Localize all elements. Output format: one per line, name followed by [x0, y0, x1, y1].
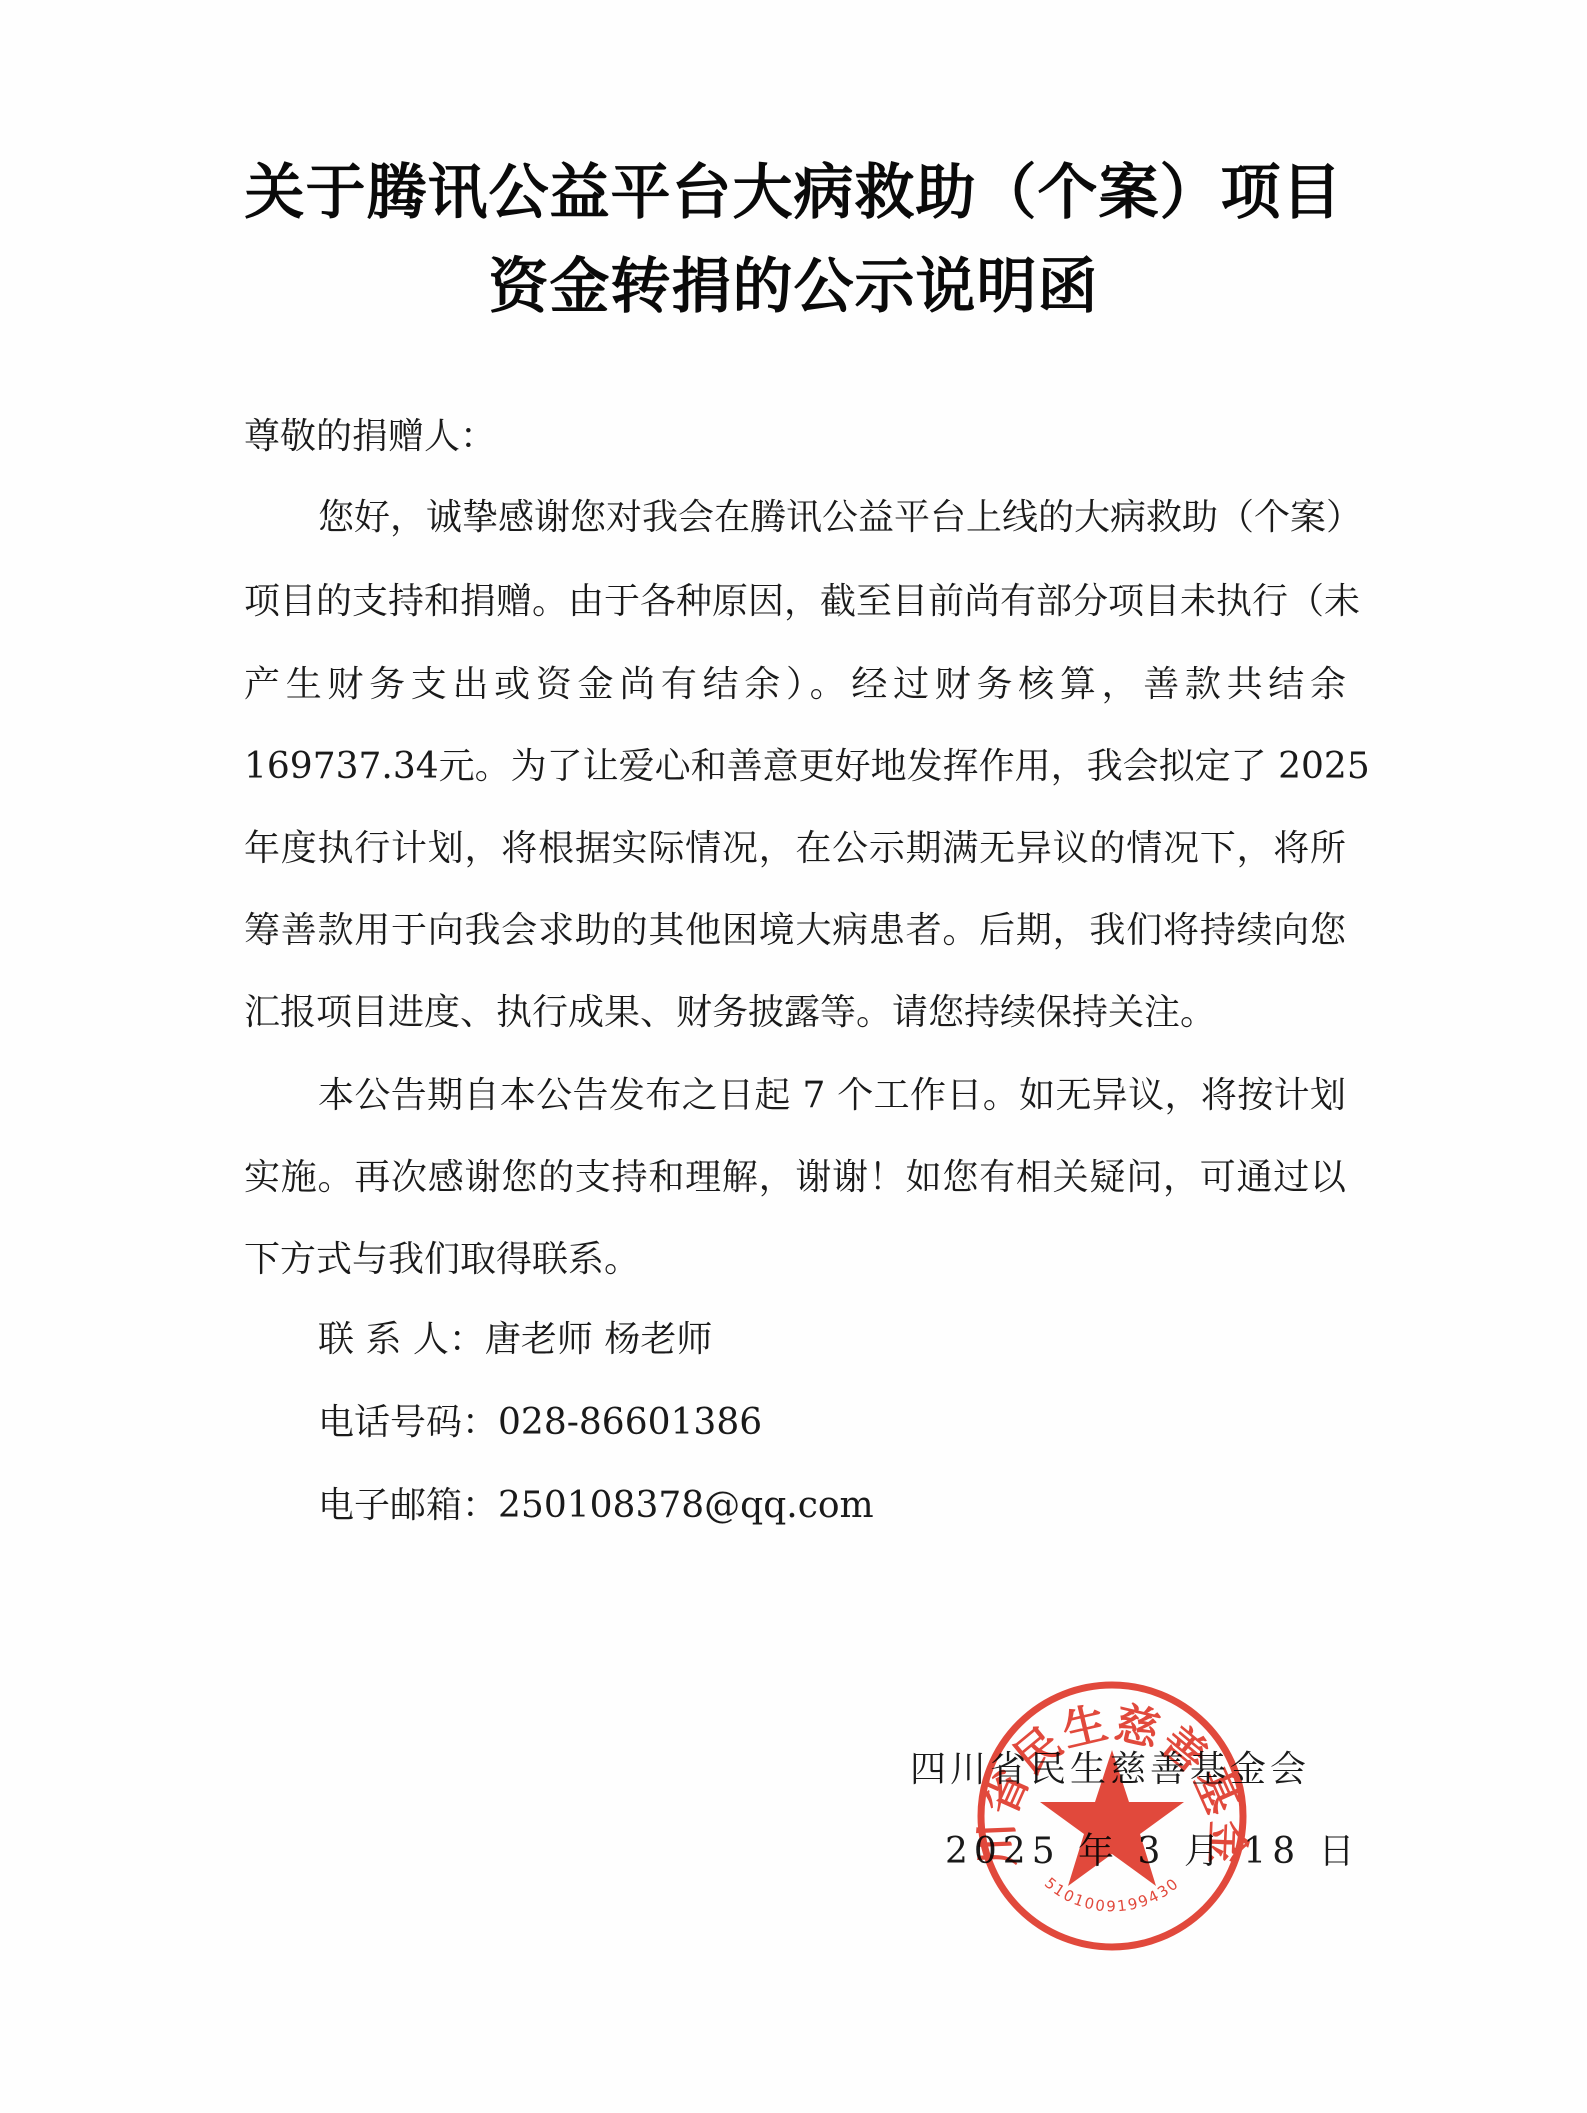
- document-title-line-1: 关于腾讯公益平台大病救助（个案）项目: [0, 158, 1587, 228]
- contact-email: 电子邮箱：250108378@qq.com: [318, 1484, 874, 1528]
- paragraph-1-line: 产生财务支出或资金尚有结余）。经过财务核算，善款共结余: [244, 663, 1346, 707]
- contact-email-value: 250108378@qq.com: [498, 1485, 874, 1526]
- contact-phone: 电话号码：028-86601386: [318, 1401, 762, 1445]
- document-page: 关于腾讯公益平台大病救助（个案）项目 资金转捐的公示说明函 尊敬的捐赠人： 您好…: [0, 0, 1587, 2113]
- official-seal-stamp-icon: 四川省民生慈善基金会 5101009199430: [972, 1678, 1252, 1954]
- paragraph-2-line: 本公告期自本公告发布之日起 7 个工作日。如无异议，将按计划: [318, 1074, 1346, 1118]
- contact-email-label: 电子邮箱：: [318, 1484, 498, 1528]
- paragraph-1-line: 您好，诚挚感谢您对我会在腾讯公益平台上线的大病救助（个案）: [318, 496, 1346, 540]
- paragraph-1-line: 筹善款用于向我会求助的其他困境大病患者。后期，我们将持续向您: [244, 909, 1346, 953]
- seal-star-icon: [1040, 1750, 1184, 1886]
- contact-person: 联 系 人：唐老师 杨老师: [318, 1318, 712, 1362]
- contact-phone-value: 028-86601386: [498, 1402, 762, 1443]
- paragraph-1-line: 169737.34元。为了让爱心和善意更好地发挥作用，我会拟定了 2025: [244, 745, 1346, 789]
- contact-phone-label: 电话号码：: [318, 1401, 498, 1445]
- paragraph-1-line: 年度执行计划，将根据实际情况，在公示期满无异议的情况下，将所: [244, 827, 1346, 871]
- contact-person-label: 联 系 人：: [318, 1318, 485, 1362]
- svg-text:5101009199430: 5101009199430: [1041, 1874, 1183, 1916]
- contact-person-value: 唐老师 杨老师: [485, 1319, 712, 1360]
- salutation: 尊敬的捐赠人：: [244, 415, 1346, 459]
- document-title-line-2: 资金转捐的公示说明函: [0, 252, 1587, 322]
- paragraph-1-line: 项目的支持和捐赠。由于各种原因，截至目前尚有部分项目未执行（未: [244, 580, 1346, 624]
- seal-code-text: 5101009199430: [1041, 1874, 1183, 1916]
- paragraph-1-line: 汇报项目进度、执行成果、财务披露等。请您持续保持关注。: [244, 991, 1346, 1035]
- paragraph-2-line: 下方式与我们取得联系。: [244, 1238, 1346, 1282]
- paragraph-2-line: 实施。再次感谢您的支持和理解，谢谢！如您有相关疑问，可通过以: [244, 1156, 1346, 1200]
